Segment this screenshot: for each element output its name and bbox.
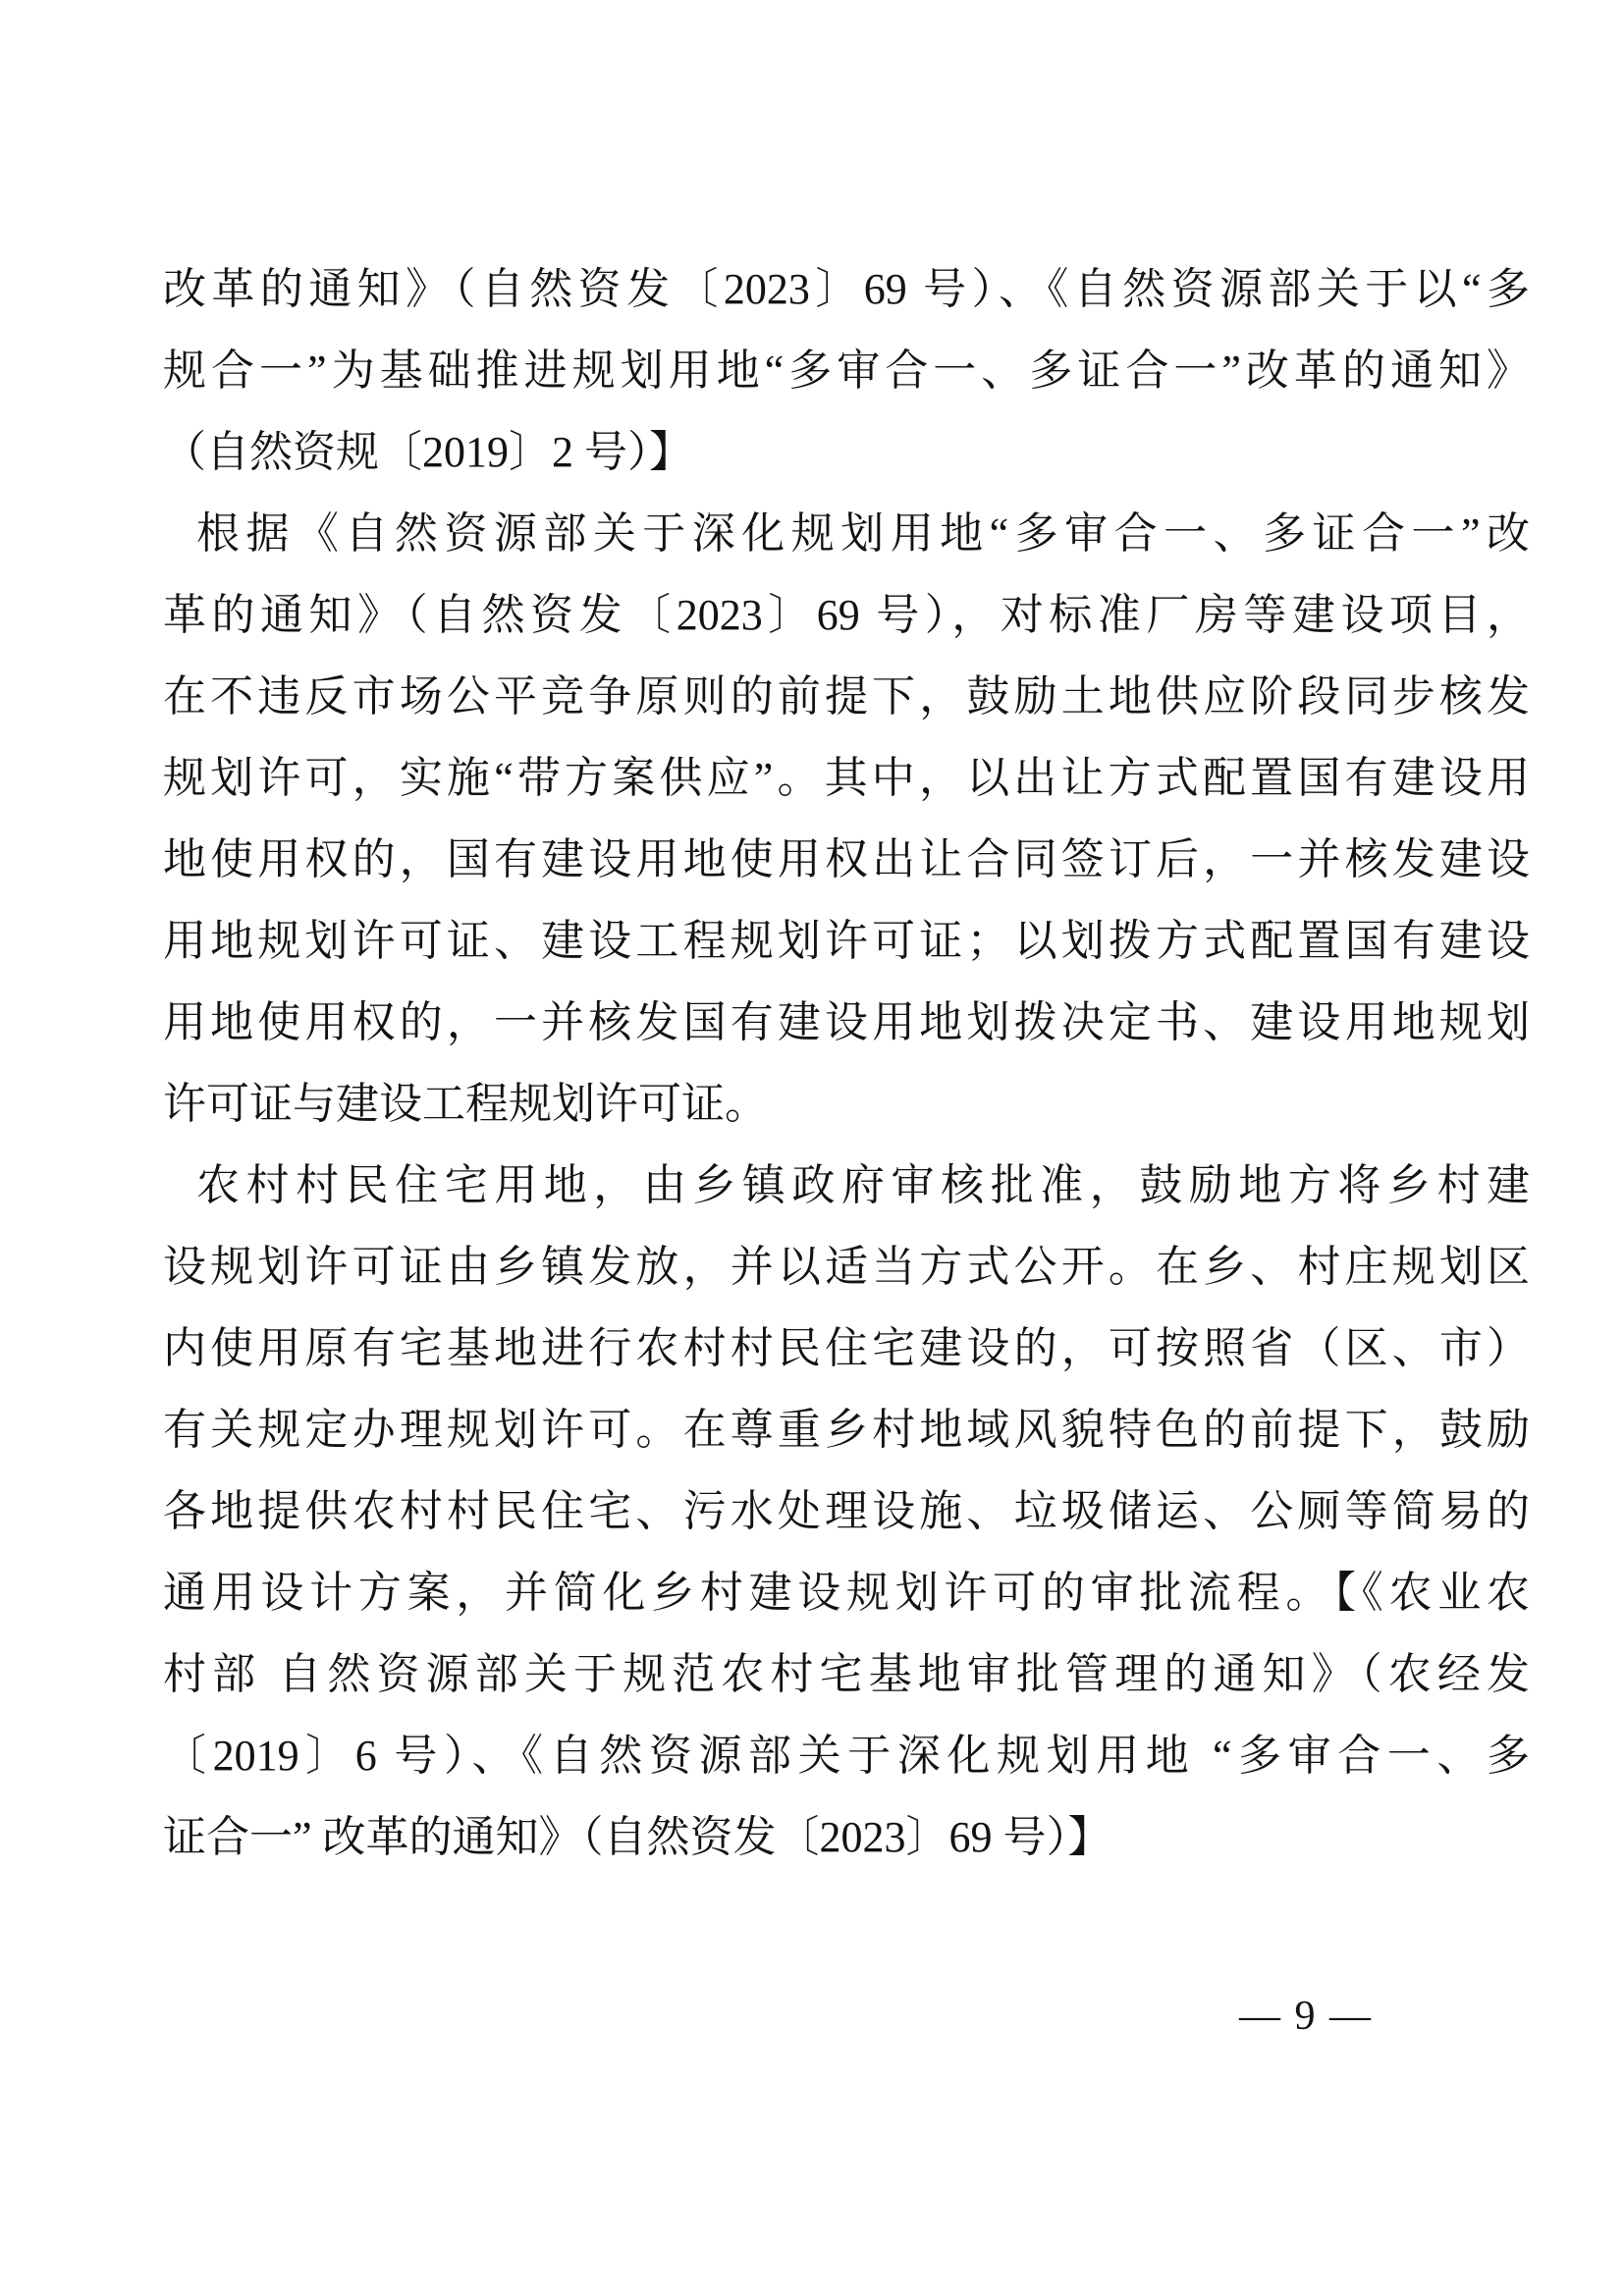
- text-line: 通用设计方案，并简化乡村建设规划许可的审批流程。【《农业农: [163, 1552, 1530, 1633]
- text-line: 用地使用权的，一并核发国有建设用地划拨决定书、建设用地规划: [163, 982, 1530, 1063]
- text-line: 村部 自然资源部关于规范农村宅基地审批管理的通知》（农经发: [163, 1633, 1530, 1715]
- text-line: 地使用权的，国有建设用地使用权出让合同签订后，一并核发建设: [163, 819, 1530, 900]
- text-line: 〔2019〕6 号）、《自然资源部关于深化规划用地 “多审合一、多: [163, 1715, 1530, 1796]
- text-line: 证合一” 改革的通知》（自然资发〔2023〕69 号）】: [163, 1796, 1530, 1878]
- text-line: （自然资规〔2019〕2 号）】: [163, 411, 1530, 493]
- text-line: 许可证与建设工程规划许可证。: [163, 1063, 1530, 1145]
- text-line: 革的通知》（自然资发〔2023〕69 号），对标准厂房等建设项目，: [163, 574, 1530, 656]
- page-number: — 9 —: [1239, 1993, 1373, 2040]
- text-line: 农村村民住宅用地，由乡镇政府审核批准，鼓励地方将乡村建: [163, 1145, 1530, 1226]
- text-line: 各地提供农村村民住宅、污水处理设施、垃圾储运、公厕等简易的: [163, 1470, 1530, 1552]
- text-line: 规划许可，实施“带方案供应”。其中，以出让方式配置国有建设用: [163, 737, 1530, 819]
- text-line: 改革的通知》（自然资发〔2023〕69 号）、《自然资源部关于以“多: [163, 248, 1530, 330]
- text-line: 根据《自然资源部关于深化规划用地“多审合一、多证合一”改: [163, 493, 1530, 574]
- text-line: 规合一”为基础推进规划用地“多审合一、多证合一”改革的通知》: [163, 330, 1530, 411]
- document-page: 改革的通知》（自然资发〔2023〕69 号）、《自然资源部关于以“多规合一”为基…: [0, 0, 1624, 2296]
- text-line: 用地规划许可证、建设工程规划许可证；以划拨方式配置国有建设: [163, 900, 1530, 982]
- text-line: 在不违反市场公平竞争原则的前提下，鼓励土地供应阶段同步核发: [163, 656, 1530, 737]
- text-line: 有关规定办理规划许可。在尊重乡村地域风貌特色的前提下，鼓励: [163, 1389, 1530, 1470]
- document-body: 改革的通知》（自然资发〔2023〕69 号）、《自然资源部关于以“多规合一”为基…: [163, 248, 1530, 1878]
- text-line: 设规划许可证由乡镇发放，并以适当方式公开。在乡、村庄规划区: [163, 1226, 1530, 1308]
- text-line: 内使用原有宅基地进行农村村民住宅建设的，可按照省（区、市）: [163, 1308, 1530, 1389]
